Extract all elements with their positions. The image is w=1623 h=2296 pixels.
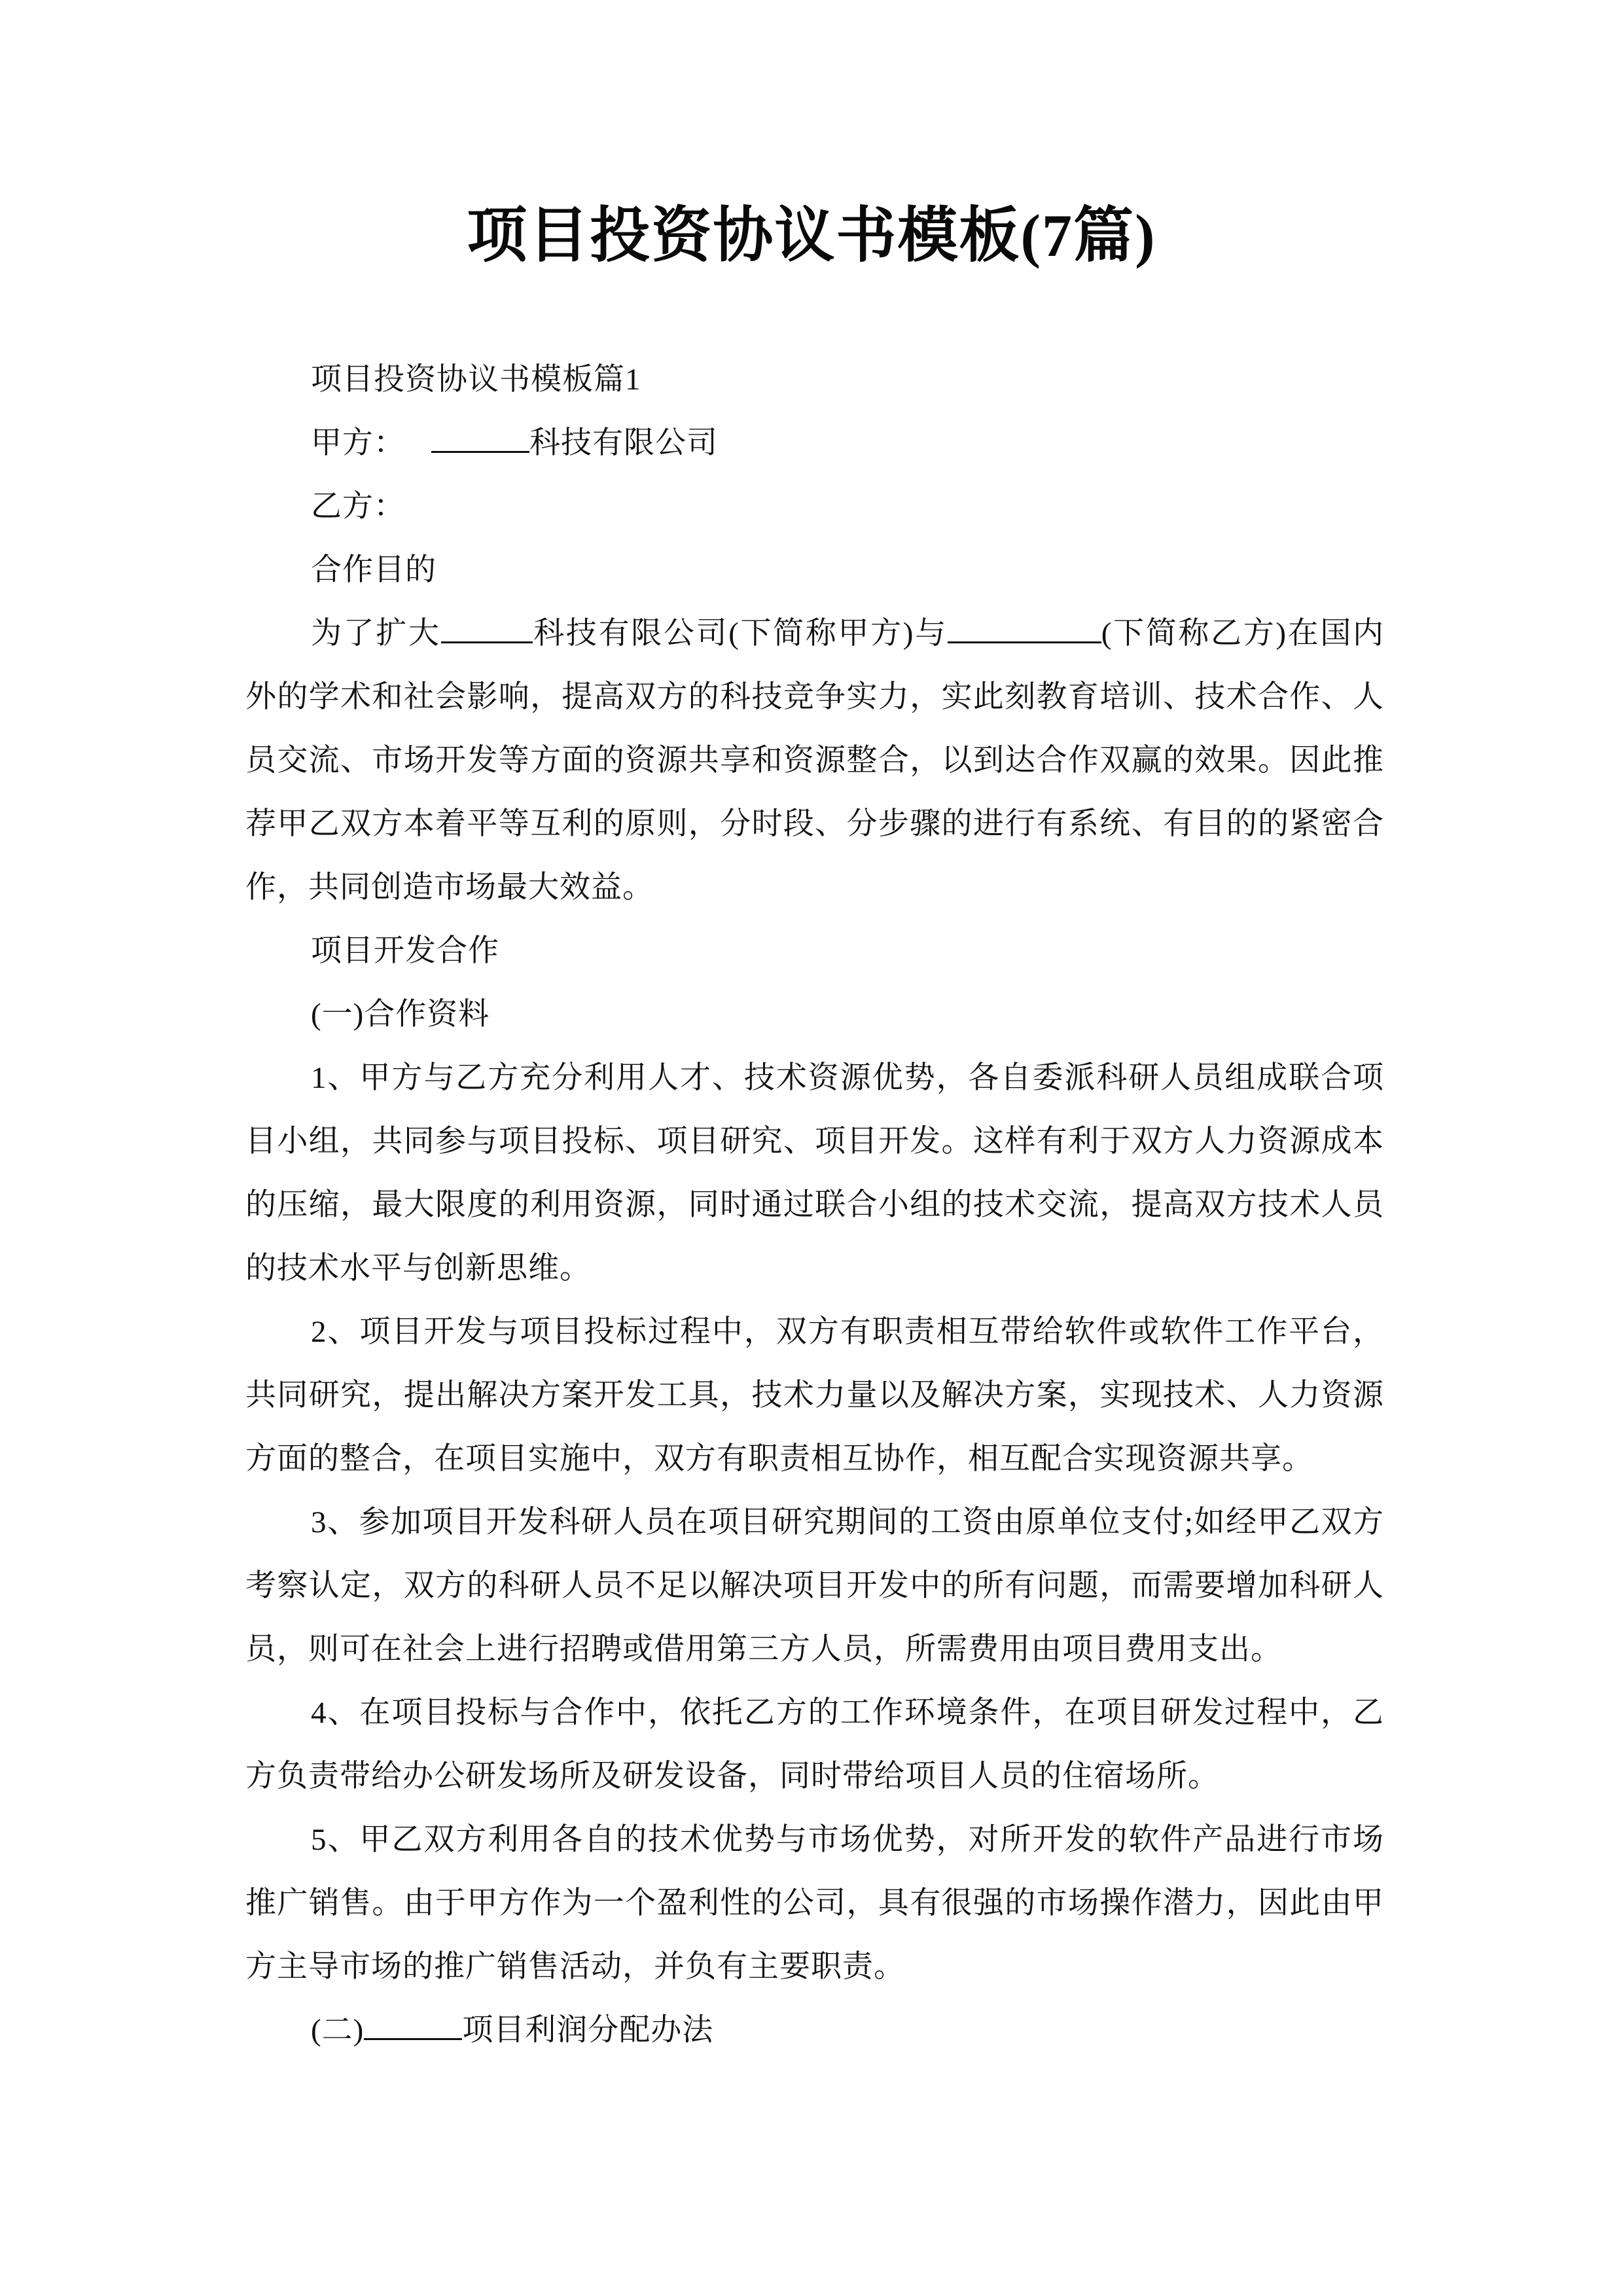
item-4: 4、在项目投标与合作中，依托乙方的工作环境条件，在项目研发过程中，乙方负责带给办…: [245, 1681, 1384, 1808]
item-1: 1、甲方与乙方充分利用人才、技术资源优势，各自委派科研人员组成联合项目小组，共同…: [245, 1047, 1384, 1300]
document-body: 项目投资协议书模板篇1 甲方：科技有限公司 乙方： 合作目的 为了扩大科技有限公…: [245, 348, 1384, 2062]
item-3: 3、参加项目开发科研人员在项目研究期间的工资由原单位支付;如经甲乙双方考察认定，…: [245, 1491, 1384, 1681]
subsection-2-prefix: (二): [311, 2013, 364, 2047]
dev-heading: 项目开发合作: [245, 920, 1384, 983]
subsection-1-heading: (一)合作资料: [245, 983, 1384, 1047]
party-a-line: 甲方：科技有限公司: [245, 412, 1384, 475]
party-a-suffix: 科技有限公司: [529, 426, 718, 460]
item-2: 2、项目开发与项目投标过程中，双方有职责相互带给软件或软件工作平台，共同研究，提…: [245, 1300, 1384, 1491]
document-title: 项目投资协议书模板(7篇): [0, 193, 1623, 278]
section-heading: 项目投资协议书模板篇1: [245, 348, 1384, 412]
purpose-blank-1: [441, 615, 533, 643]
purpose-heading: 合作目的: [245, 539, 1384, 602]
purpose-blank-2: [948, 615, 1101, 643]
party-b-line: 乙方：: [245, 475, 1384, 539]
purpose-part3: (下简称乙方)在国内外的学术和社会影响，提高双方的科技竞争实力，实此刻教育培训、…: [245, 617, 1384, 905]
party-b-label: 乙方：: [311, 490, 405, 524]
purpose-part1: 为了扩大: [311, 617, 441, 651]
document-page: 项目投资协议书模板(7篇) 项目投资协议书模板篇1 甲方：科技有限公司 乙方： …: [0, 0, 1623, 2296]
subsection-2-suffix: 项目利润分配办法: [462, 2013, 713, 2047]
purpose-part2: 科技有限公司(下简称甲方)与: [533, 617, 948, 651]
subsection-2-blank: [364, 2012, 462, 2040]
purpose-paragraph: 为了扩大科技有限公司(下简称甲方)与(下简称乙方)在国内外的学术和社会影响，提高…: [245, 602, 1384, 920]
party-a-label: 甲方：: [311, 426, 405, 460]
item-5: 5、甲乙双方利用各自的技术优势与市场优势，对所开发的软件产品进行市场推广销售。由…: [245, 1808, 1384, 1999]
party-a-blank: [431, 425, 529, 453]
subsection-2-heading: (二)项目利润分配办法: [245, 1999, 1384, 2062]
